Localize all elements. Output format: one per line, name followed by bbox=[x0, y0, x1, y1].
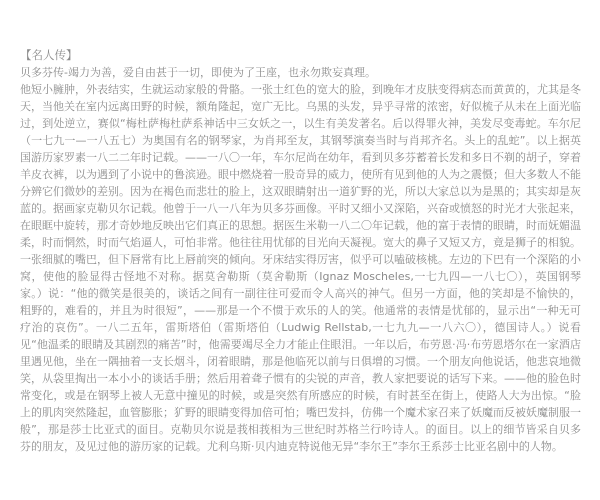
document-page: 【名人传】 贝多芬传-竭力为善，爱自由甚于一切，即使为了王座，也永勿欺妄真理。 … bbox=[0, 0, 600, 500]
doc-title: 【名人传】 bbox=[20, 47, 581, 64]
text-block: 【名人传】 贝多芬传-竭力为善，爱自由甚于一切，即使为了王座，也永勿欺妄真理。 … bbox=[20, 47, 581, 455]
epigraph-line: 贝多芬传-竭力为善，爱自由甚于一切，即使为了王座，也永勿欺妄真理。 bbox=[20, 64, 581, 81]
body-paragraph: 他短小臃肿，外表结实，生就运动家般的骨骼。一张土红色的宽大的脸，到晚年才皮肤变得… bbox=[20, 81, 581, 455]
